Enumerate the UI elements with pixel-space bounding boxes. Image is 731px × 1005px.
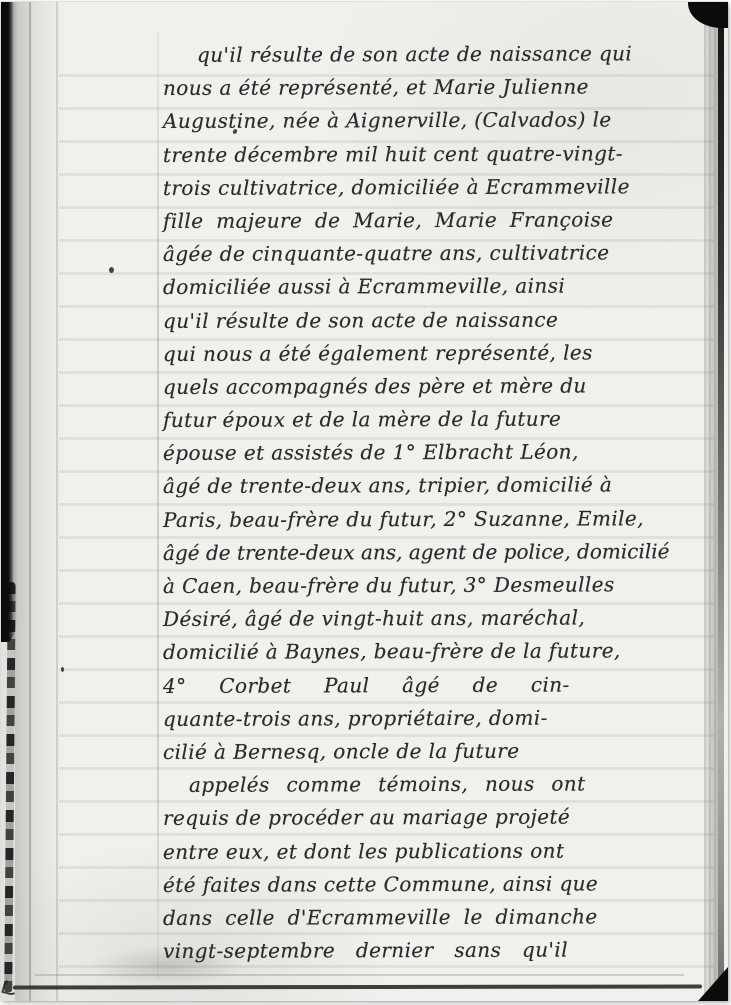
handwritten-line: domicilié à Baynes, beau-frère de la fut…	[163, 634, 719, 669]
page-edge-line	[56, 2, 58, 1001]
handwritten-line: épouse et assistés de 1° Elbracht Léon,	[163, 435, 719, 470]
handwritten-line: quante-trois ans, propriétaire, domi-	[163, 701, 719, 736]
handwritten-line: trois cultivatrice, domiciliée à Ecramme…	[163, 170, 719, 205]
handwritten-line: âgée de cinquante-quatre ans, cultivatri…	[163, 236, 719, 271]
handwritten-line: quels accompagnés des père et mère du	[163, 369, 719, 404]
handwritten-line: requis de procéder au mariage projeté	[163, 800, 719, 835]
handwritten-line: âgé de trente-deux ans, tripier, domicil…	[163, 468, 719, 503]
handwritten-line: nous a été représenté, et Marie Julienne	[163, 70, 719, 105]
handwritten-line: fille majeure de Marie, Marie Françoise	[163, 203, 719, 238]
handwritten-line: cilié à Bernesq, oncle de la future	[163, 734, 719, 769]
handwritten-line: à Caen, beau-frère du futur, 3° Desmeull…	[163, 568, 719, 603]
scan-artifact-top-right	[688, 2, 728, 28]
handwritten-line: Désiré, âgé de vingt-huit ans, maréchal,	[163, 601, 719, 636]
handwritten-line: domiciliée aussi à Ecrammeville, ainsi	[163, 269, 719, 304]
handwritten-line: dans celle d'Ecrammeville le dimanche	[163, 900, 719, 935]
handwritten-line: été faites dans cette Commune, ainsi que	[163, 867, 719, 902]
handwritten-line: qui nous a été également représenté, les	[163, 336, 719, 371]
scanned-page: qu'il résulte de son acte de naissance q…	[1, 2, 728, 1001]
handwritten-line: Paris, beau-frère du futur, 2° Suzanne, …	[163, 502, 719, 537]
ink-speck	[109, 267, 114, 273]
handwritten-line: vingt-septembre dernier sans qu'il	[163, 933, 719, 968]
handwritten-line: 4° Corbet Paul âgé de cin-	[163, 668, 719, 703]
screenshot-frame: qu'il résulte de son acte de naissance q…	[0, 0, 731, 1005]
handwritten-line: Augustine, née à Aignerville, (Calvados)…	[163, 103, 719, 138]
handwritten-line: appelés comme témoins, nous ont	[163, 767, 719, 802]
margin-rule-line	[157, 32, 159, 981]
handwritten-text: qu'il résulte de son acte de naissance q…	[163, 38, 719, 967]
handwritten-line: qu'il résulte de son acte de naissance	[163, 303, 719, 338]
handwritten-line: entre eux, et dont les publications ont	[163, 834, 719, 869]
page-edge-line	[29, 2, 31, 1001]
handwritten-line: futur époux et de la mère de la future	[163, 402, 719, 437]
handwritten-line: âgé de trente-deux ans, agent de police,…	[163, 535, 719, 570]
ink-speck	[61, 667, 64, 672]
handwritten-line: trente décembre mil huit cent quatre-vin…	[163, 137, 719, 172]
handwritten-line: qu'il résulte de son acte de naissance q…	[163, 37, 719, 72]
